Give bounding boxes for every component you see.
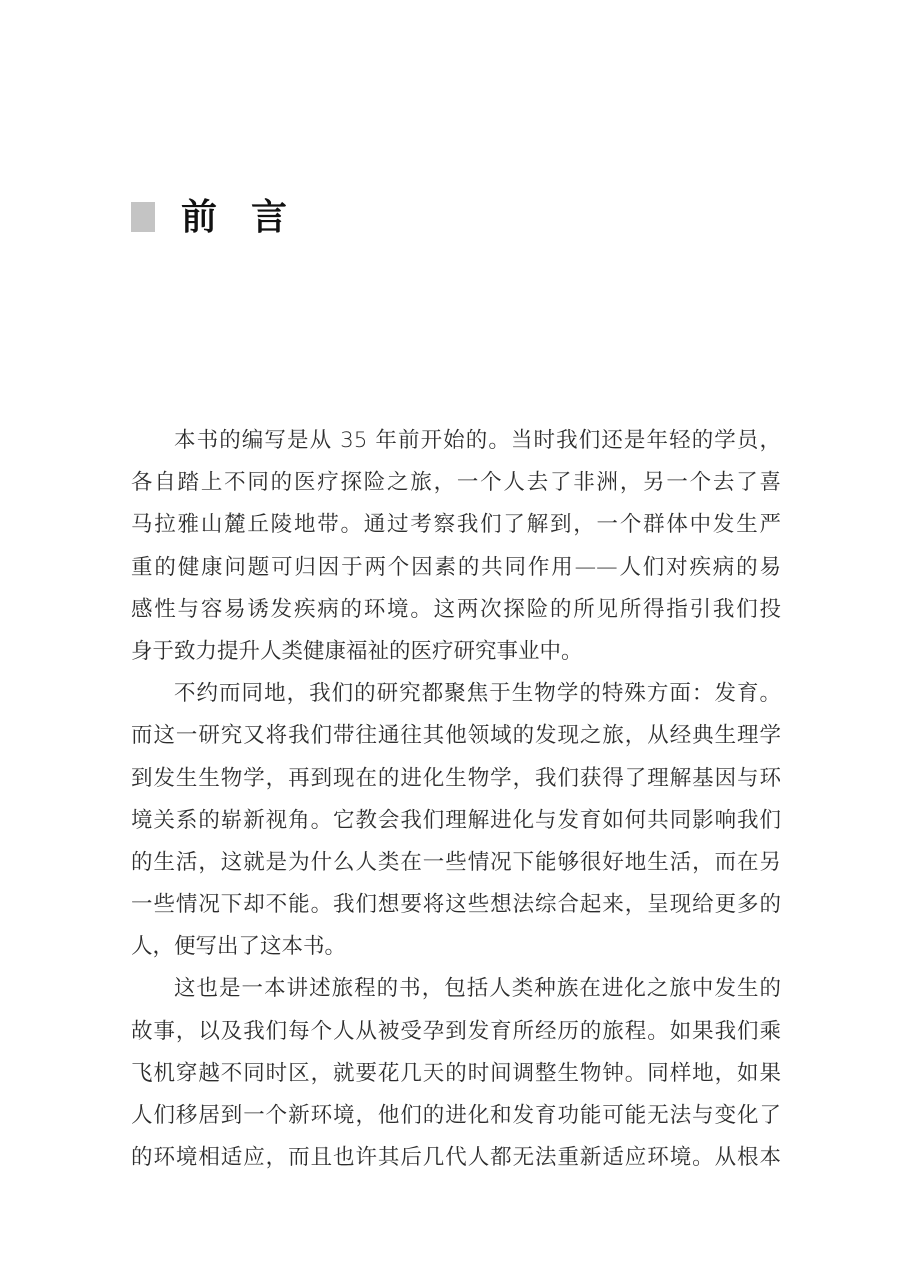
preface-body: 本书的编写是从 35 年前开始的。当时我们还是年轻的学员， 各自踏上不同的医疗探… — [131, 420, 781, 1179]
text-line: 马拉雅山麓丘陵地带。通过考察我们了解到，一个群体中发生严 — [131, 504, 781, 546]
text-line: 境关系的崭新视角。它教会我们理解进化与发育如何共同影响我们 — [131, 800, 781, 842]
text-line: 的生活，这就是为什么人类在一些情况下能够很好地生活，而在另 — [131, 842, 781, 884]
text-line: 身于致力提升人类健康福祉的医疗研究事业中。 — [131, 631, 781, 673]
text-line: 的环境相适应，而且也许其后几代人都无法重新适应环境。从根本 — [131, 1137, 781, 1179]
text-line: 各自踏上不同的医疗探险之旅，一个人去了非洲，另一个去了喜 — [131, 462, 781, 504]
text-line: 本书的编写是从 35 年前开始的。当时我们还是年轻的学员， — [131, 420, 781, 462]
text-line: 飞机穿越不同时区，就要花几天的时间调整生物钟。同样地，如果 — [131, 1053, 781, 1095]
text-line: 一些情况下却不能。我们想要将这些想法综合起来，呈现给更多的 — [131, 884, 781, 926]
heading-marker-square — [131, 202, 155, 232]
text-line: 重的健康问题可归因于两个因素的共同作用——人们对疾病的易 — [131, 547, 781, 589]
text-line: 感性与容易诱发疾病的环境。这两次探险的所见所得指引我们投 — [131, 589, 781, 631]
text-line: 这也是一本讲述旅程的书，包括人类种族在进化之旅中发生的 — [131, 968, 781, 1010]
text-line: 不约而同地，我们的研究都聚焦于生物学的特殊方面：发育。 — [131, 673, 781, 715]
text-line: 故事，以及我们每个人从被受孕到发育所经历的旅程。如果我们乘 — [131, 1011, 781, 1053]
text-line: 而这一研究又将我们带往通往其他领域的发现之旅，从经典生理学 — [131, 715, 781, 757]
section-heading: 前言 — [131, 197, 321, 237]
text-line: 人，便写出了这本书。 — [131, 926, 781, 968]
page-title: 前言 — [181, 197, 321, 237]
text-line: 人们移居到一个新环境，他们的进化和发育功能可能无法与变化了 — [131, 1095, 781, 1137]
text-line: 到发生生物学，再到现在的进化生物学，我们获得了理解基因与环 — [131, 758, 781, 800]
